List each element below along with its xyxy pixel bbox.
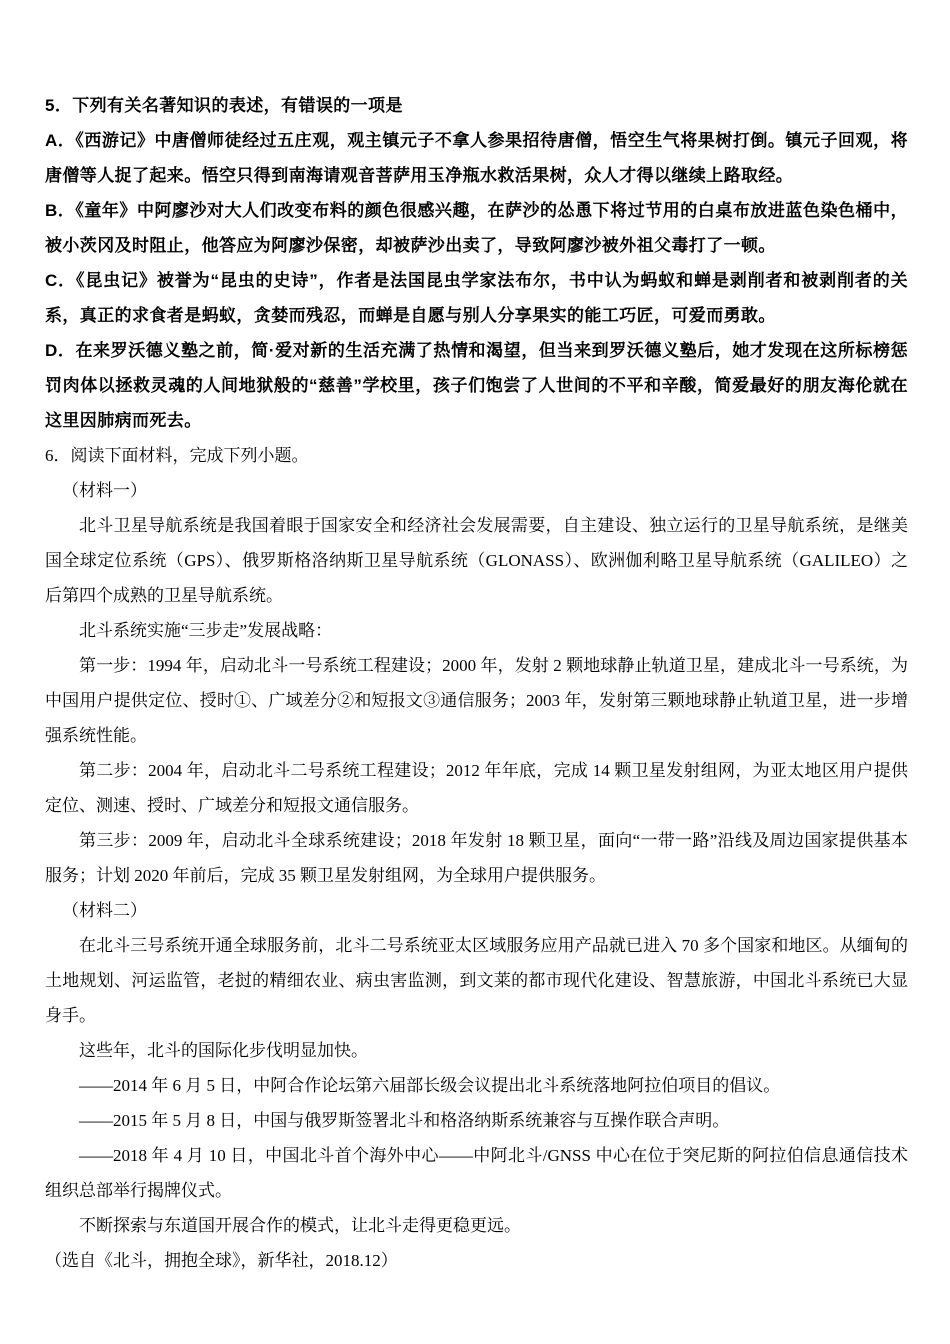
material-1-paragraph: 北斗系统实施“三步走”发展战略：: [45, 613, 908, 648]
question-5-option-d: D．在来罗沃德义塾之前，简·爱对新的生活充满了热情和渴望，但当来到罗沃德义塾后，…: [45, 333, 908, 438]
material-1-paragraph: 北斗卫星导航系统是我国着眼于国家安全和经济社会发展需要，自主建设、独立运行的卫星…: [45, 508, 908, 613]
question-5-option-a: A．《西游记》中唐僧师徒经过五庄观，观主镇元子不拿人参果招待唐僧，悟空生气将果树…: [45, 123, 908, 193]
material-2-paragraph: 在北斗三号系统开通全球服务前，北斗二号系统亚太区域服务应用产品就已进入 70 多…: [45, 928, 908, 1033]
material-1-paragraph: 第一步：1994 年，启动北斗一号系统工程建设；2000 年，发射 2 颗地球静…: [45, 648, 908, 753]
exam-paper-page: 5．下列有关名著知识的表述，有错误的一项是 A．《西游记》中唐僧师徒经过五庄观，…: [0, 0, 950, 1344]
question-5-stem: 5．下列有关名著知识的表述，有错误的一项是: [45, 88, 908, 123]
material-1-paragraph: 第二步：2004 年，启动北斗二号系统工程建设；2012 年年底，完成 14 颗…: [45, 753, 908, 823]
material-2-paragraph: ——2014 年 6 月 5 日，中阿合作论坛第六届部长级会议提出北斗系统落地阿…: [45, 1068, 908, 1103]
question-5-option-b: B．《童年》中阿廖沙对大人们改变布料的颜色很感兴趣，在萨沙的怂恿下将过节用的白桌…: [45, 193, 908, 263]
material-1-heading: （材料一）: [45, 473, 908, 508]
source-citation: （选自《北斗，拥抱全球》，新华社，2018.12）: [45, 1243, 908, 1278]
material-2-paragraph: 不断探索与东道国开展合作的模式，让北斗走得更稳更远。: [45, 1208, 908, 1243]
material-2-paragraph: ——2015 年 5 月 8 日，中国与俄罗斯签署北斗和格洛纳斯系统兼容与互操作…: [45, 1103, 908, 1138]
question-6-stem: 6．阅读下面材料，完成下列小题。: [45, 438, 908, 473]
material-2-heading: （材料二）: [45, 893, 908, 928]
material-2-paragraph: ——2018 年 4 月 10 日，中国北斗首个海外中心——中阿北斗/GNSS …: [45, 1138, 908, 1208]
material-2-paragraph: 这些年，北斗的国际化步伐明显加快。: [45, 1033, 908, 1068]
material-1-paragraph: 第三步：2009 年，启动北斗全球系统建设；2018 年发射 18 颗卫星，面向…: [45, 823, 908, 893]
question-5-option-c: C．《昆虫记》被誉为“昆虫的史诗”，作者是法国昆虫学家法布尔，书中认为蚂蚁和蝉是…: [45, 263, 908, 333]
